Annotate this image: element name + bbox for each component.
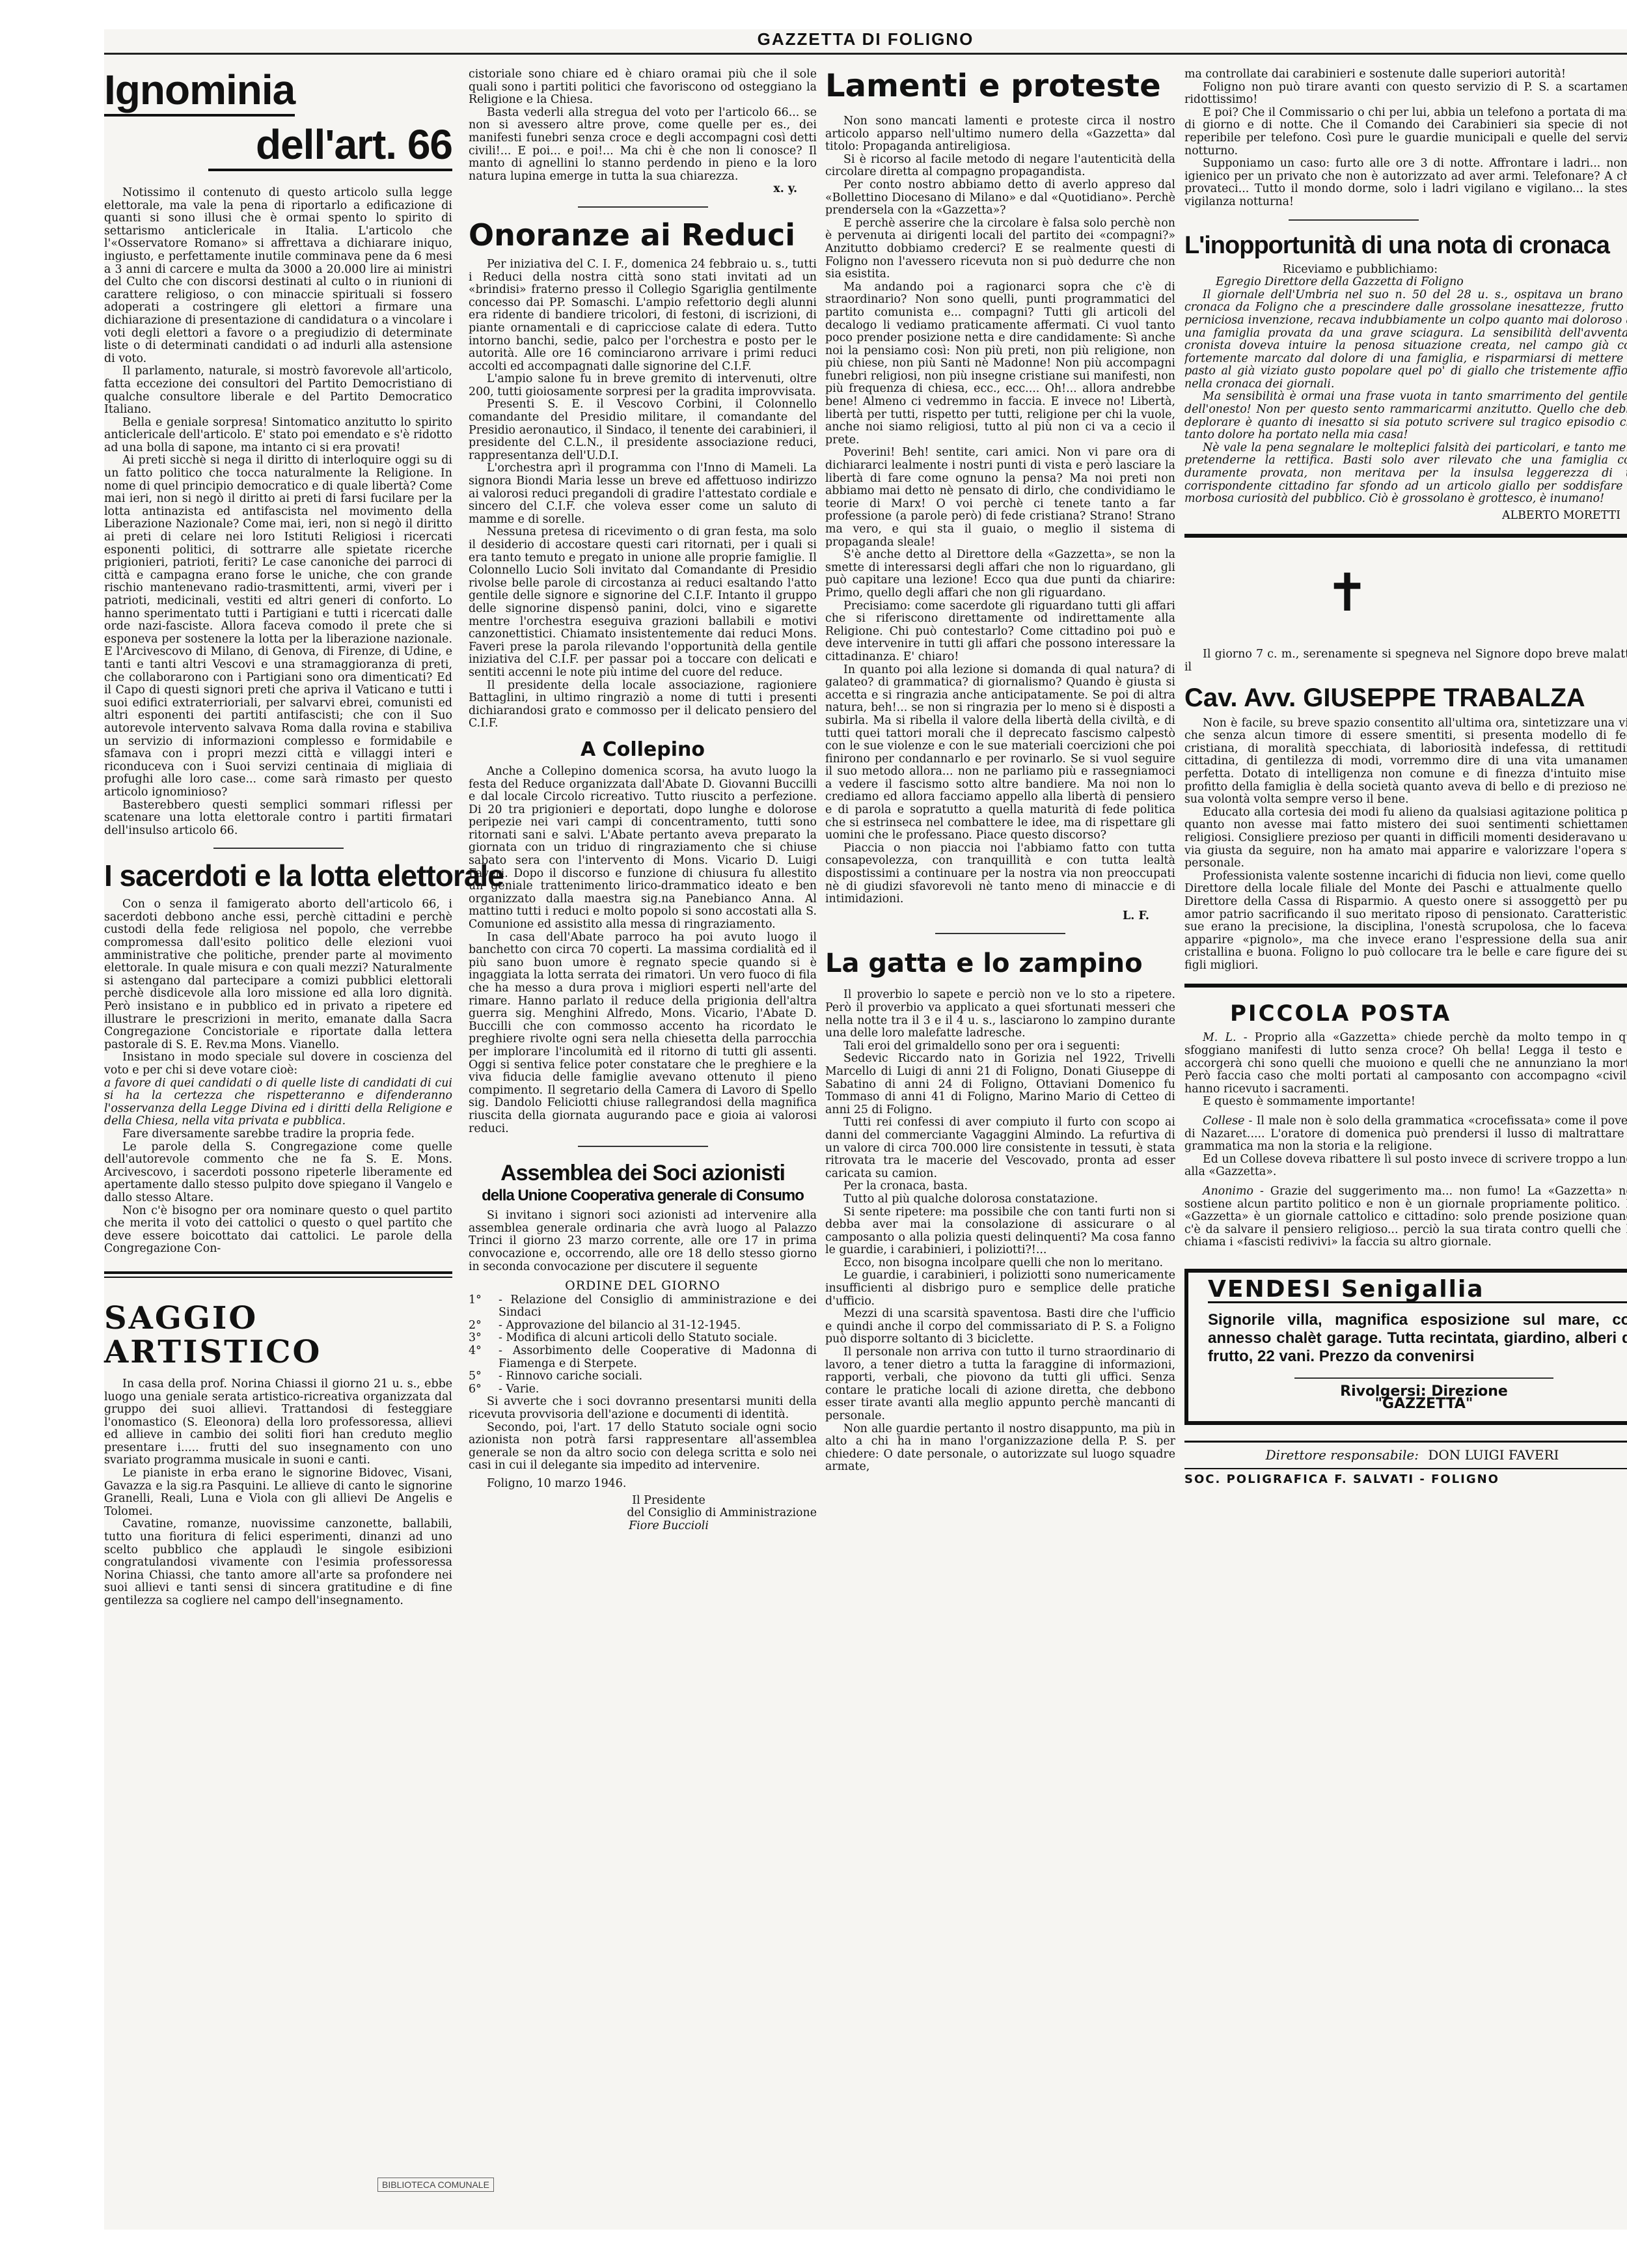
paragraph: Tali eroi del grimaldello sono per ora i… — [825, 1040, 1175, 1053]
odg-item: 2°- Approvazione del bilancio al 31-12-1… — [469, 1320, 817, 1333]
paragraph: Basta vederli alla stregua del voto per … — [469, 107, 817, 184]
signature: x. y. — [469, 183, 817, 196]
paragraph: Non sono mancati lamenti e proteste circ… — [825, 115, 1175, 154]
paragraph: E poi? Che il Commissario o chi per lui,… — [1184, 107, 1627, 158]
posta-extra: Ed un Collese doveva ribattere lì sul po… — [1184, 1154, 1627, 1179]
paragraph: ma controllate dai carabinieri e sostenu… — [1184, 68, 1627, 81]
advertisement-box: VENDESI Senigallia Signorile villa, magn… — [1184, 1269, 1627, 1425]
headline-assemblea: Assemblea dei Soci azionisti — [469, 1160, 817, 1186]
article-collepino: A Collepino Anche a Collepino domenica s… — [469, 737, 817, 1135]
odg-item: 6°- Varie. — [469, 1383, 817, 1396]
odg-item: 3°- Modifica di alcuni articoli dello St… — [469, 1332, 817, 1345]
paragraph: L'ampio salone fu in breve gremito di in… — [469, 373, 817, 398]
headline-lamenti: Lamenti e proteste — [825, 68, 1175, 104]
posta-entry: Anonimo - Grazie del suggerimento ma... … — [1184, 1185, 1627, 1249]
paragraph: Le guardie, i carabinieri, i poliziotti … — [825, 1269, 1175, 1308]
masthead-rule — [104, 53, 1627, 55]
headline-saggio: SAGGIO ARTISTICO — [104, 1301, 452, 1369]
article-inopportunita: L'inopportunità di una nota di cronaca R… — [1184, 231, 1627, 523]
paragraph: Si è ricorso al facile metodo di negare … — [825, 154, 1175, 179]
italic-quote: a favore di quei candidati o di quelle l… — [104, 1077, 452, 1128]
paragraph: Precisiamo: come sacerdote gli riguardan… — [825, 600, 1175, 664]
article-sacerdoti: I sacerdoti e la lotta elettorale Con o … — [104, 859, 452, 1256]
odg-item: 5°- Rinnovo cariche sociali. — [469, 1370, 817, 1383]
paragraph: Si sente ripetere: ma possibile che con … — [825, 1206, 1175, 1257]
paragraph: Non è facile, su breve spazio consentito… — [1184, 717, 1627, 807]
paragraph: Ecco, non bisogna incolpare quelli che n… — [825, 1257, 1175, 1270]
paragraph: Per iniziativa del C. I. F., domenica 24… — [469, 258, 817, 373]
article-saggio: SAGGIO ARTISTICO In casa della prof. Nor… — [104, 1301, 452, 1608]
paragraph: In casa dell'Abate parroco ha poi avuto … — [469, 932, 817, 1136]
posta-extra: E questo è sommamente importante! — [1184, 1096, 1627, 1109]
paragraph: Presenti S. E. il Vescovo Corbini, il Co… — [469, 398, 817, 462]
paragraph: Mezzi di una scarsità spaventosa. Basti … — [825, 1308, 1175, 1346]
paragraph: Il presidente della locale associazione,… — [469, 680, 817, 730]
column-4: ma controllate dai carabinieri e sostenu… — [1184, 68, 1627, 1486]
paragraph: Supponiamo un caso: furto alle ore 3 di … — [1184, 158, 1627, 208]
paragraph: Piaccia o non piaccia noi l'abbiamo fatt… — [825, 842, 1175, 906]
paragraph: Nessuna pretesa di ricevimento o di gran… — [469, 526, 817, 679]
article-obituary: ✝ Il giorno 7 c. m., serenamente si speg… — [1184, 564, 1627, 972]
paragraph: Nè vale la pena segnalare le molteplici … — [1184, 442, 1627, 506]
paragraph: Bella e geniale sorpresa! Sintomatico an… — [104, 417, 452, 455]
sign-role: del Consiglio di Amministrazione — [469, 1507, 817, 1520]
headline-collepino: A Collepino — [469, 737, 817, 763]
footer-director: Direttore responsabile: DON LUIGI FAVERI — [1184, 1441, 1627, 1462]
paragraph: Basterebbero questi semplici sommari rif… — [104, 799, 452, 838]
sign-name: Fiore Buccioli — [469, 1520, 817, 1533]
paragraph: Il personale non arriva con tutto il tur… — [825, 1346, 1175, 1423]
odg-title: ORDINE DEL GIORNO — [469, 1280, 817, 1293]
paragraph: Con o senza il famigerato aborto dell'ar… — [104, 898, 452, 1051]
divider-thick — [1184, 984, 1627, 988]
paragraph: Per conto nostro abbiamo detto di averlo… — [825, 179, 1175, 217]
paragraph: Tutto al più qualche dolorosa constatazi… — [825, 1193, 1175, 1206]
paragraph: Notissimo il contenuto di questo articol… — [104, 187, 452, 365]
paragraph: S'è anche detto al Direttore della «Gazz… — [825, 549, 1175, 600]
paragraph: Anche a Collepino domenica scorsa, ha av… — [469, 766, 817, 932]
column-1: Ignominia dell'art. 66 Notissimo il cont… — [104, 68, 452, 1608]
divider — [935, 933, 1065, 934]
odg-item: 4°- Assorbimento delle Cooperative di Ma… — [469, 1345, 817, 1370]
article-lamenti: Lamenti e proteste Non sono mancati lame… — [825, 68, 1175, 922]
paragraph: Tutti rei confessi di aver compiuto il f… — [825, 1116, 1175, 1180]
paragraph: Ma andando poi a ragionarci sopra che c'… — [825, 281, 1175, 447]
column-2: cistoriale sono chiare ed è chiaro orama… — [469, 68, 817, 1532]
divider — [1289, 219, 1419, 221]
paragraph: Educato alla cortesia dei modi fu alieno… — [1184, 807, 1627, 870]
signature: L. F. — [825, 910, 1175, 923]
paragraph: Si invitano i signori soci azionisti ad … — [469, 1210, 817, 1273]
assemblea-date: Foligno, 10 marzo 1946. — [469, 1478, 817, 1491]
divider-thick — [1184, 534, 1627, 538]
divider — [213, 848, 344, 849]
paragraph: E perchè asserire che la circolare è fal… — [825, 217, 1175, 281]
paragraph: Le parole della S. Congregazione come qu… — [104, 1141, 452, 1205]
paragraph: Il giorno 7 c. m., serenamente si spegne… — [1184, 648, 1627, 674]
posta-entry: M. L. - Proprio alla «Gazzetta» chiede p… — [1184, 1032, 1627, 1096]
divider — [578, 1146, 708, 1147]
paragraph: Per la cronaca, basta. — [825, 1180, 1175, 1193]
article-gatta: La gatta e lo zampino Il proverbio lo sa… — [825, 947, 1175, 1474]
odg-item: 1°- Relazione del Consiglio di amministr… — [469, 1294, 817, 1320]
paragraph: Sedevic Riccardo nato in Gorizia nel 192… — [825, 1053, 1175, 1116]
paragraph: Poverini! Beh! sentite, cari amici. Non … — [825, 447, 1175, 549]
headline-piccola-posta: PICCOLA POSTA — [1230, 999, 1627, 1028]
paragraph: Ai preti sicchè si nega il diritto di in… — [104, 454, 452, 799]
paragraph: Il proverbio lo sapete e perciò non ve l… — [825, 989, 1175, 1040]
article-onoranze: Onoranze ai Reduci Per iniziativa del C.… — [469, 218, 817, 730]
ad-body: Signorile villa, magnifica esposizione s… — [1208, 1311, 1627, 1366]
masthead: GAZZETTA DI FOLIGNO — [104, 29, 1627, 49]
sign-role: Il Presidente — [469, 1495, 817, 1508]
paragraph: Il parlamento, naturale, si mostrò favor… — [104, 365, 452, 416]
ad-title: VENDESI Senigallia — [1208, 1283, 1627, 1303]
paragraph: Secondo, poi, l'art. 17 dello Statuto so… — [469, 1422, 817, 1473]
footer-printer: SOC. POLIGRAFICA F. SALVATI - FOLIGNO — [1184, 1468, 1627, 1486]
paragraph: In quanto poi alla lezione si domanda di… — [825, 664, 1175, 842]
paragraph: Foligno non può tirare avanti con questo… — [1184, 81, 1627, 107]
paragraph: Insistano in modo speciale sul dovere in… — [104, 1051, 452, 1077]
paragraph: Cavatine, romanze, nuovissime canzonette… — [104, 1518, 452, 1607]
headline-ignominia-line1: Ignominia — [104, 68, 295, 117]
subheadline-assemblea: della Unione Cooperativa generale di Con… — [469, 1186, 817, 1206]
paragraph: Non c'è bisogno per ora nominare questo … — [104, 1205, 452, 1256]
obituary-name: Cav. Avv. GIUSEPPE TRABALZA — [1184, 682, 1627, 713]
paragraph: Fare diversamente sarebbe tradire la pro… — [104, 1128, 452, 1141]
paragraph: Non alle guardie pertanto il nostro disa… — [825, 1423, 1175, 1474]
intro: Riceviamo e pubblichiamo: — [1184, 264, 1627, 277]
paragraph: Si avverte che i soci dovranno presentar… — [469, 1396, 817, 1421]
headline-onoranze: Onoranze ai Reduci — [469, 218, 817, 252]
salutation: Egregio Direttore della Gazzetta di Foli… — [1184, 276, 1627, 289]
headline-sacerdoti: I sacerdoti e la lotta elettorale — [104, 859, 452, 892]
paragraph: Il giornale dell'Umbria nel suo n. 50 de… — [1184, 289, 1627, 391]
cross-icon: ✝ — [1184, 564, 1627, 622]
ad-contact: Rivolgersi: Direzione "GAZZETTA" — [1294, 1377, 1553, 1411]
headline-gatta: La gatta e lo zampino — [825, 947, 1175, 980]
section-double-rule — [104, 1271, 452, 1278]
paragraph: cistoriale sono chiare ed è chiaro orama… — [469, 68, 817, 107]
column-4-inner: ma controllate dai carabinieri e sostenu… — [1184, 68, 1627, 1486]
article-assemblea: Assemblea dei Soci azionisti della Union… — [469, 1160, 817, 1532]
library-stamp: BIBLIOTECA COMUNALE — [377, 2178, 494, 2192]
paragraph: L'orchestra aprì il programma con l'Inno… — [469, 462, 817, 526]
paragraph: In casa della prof. Norina Chiassi il gi… — [104, 1378, 452, 1467]
posta-entry: Collese - Il male non è solo della gramm… — [1184, 1115, 1627, 1154]
newspaper-page: GAZZETTA DI FOLIGNO Ignominia dell'art. … — [104, 29, 1627, 2230]
divider — [578, 206, 708, 208]
paragraph: Le pianiste in erba erano le signorine B… — [104, 1467, 452, 1518]
article-piccola-posta: PICCOLA POSTA M. L. - Proprio alla «Gazz… — [1184, 999, 1627, 1249]
paragraph: Professionista valente sostenne incarich… — [1184, 870, 1627, 973]
paragraph: Ma sensibilità è ormai una frase vuota i… — [1184, 391, 1627, 441]
signature: ALBERTO MORETTI — [1184, 510, 1627, 523]
column-3: Lamenti e proteste Non sono mancati lame… — [825, 68, 1175, 1474]
headline-inopportunita: L'inopportunità di una nota di cronaca — [1184, 231, 1627, 260]
article-ignominia: Ignominia dell'art. 66 Notissimo il cont… — [104, 68, 452, 837]
headline-ignominia-line2: dell'art. 66 — [208, 123, 452, 171]
